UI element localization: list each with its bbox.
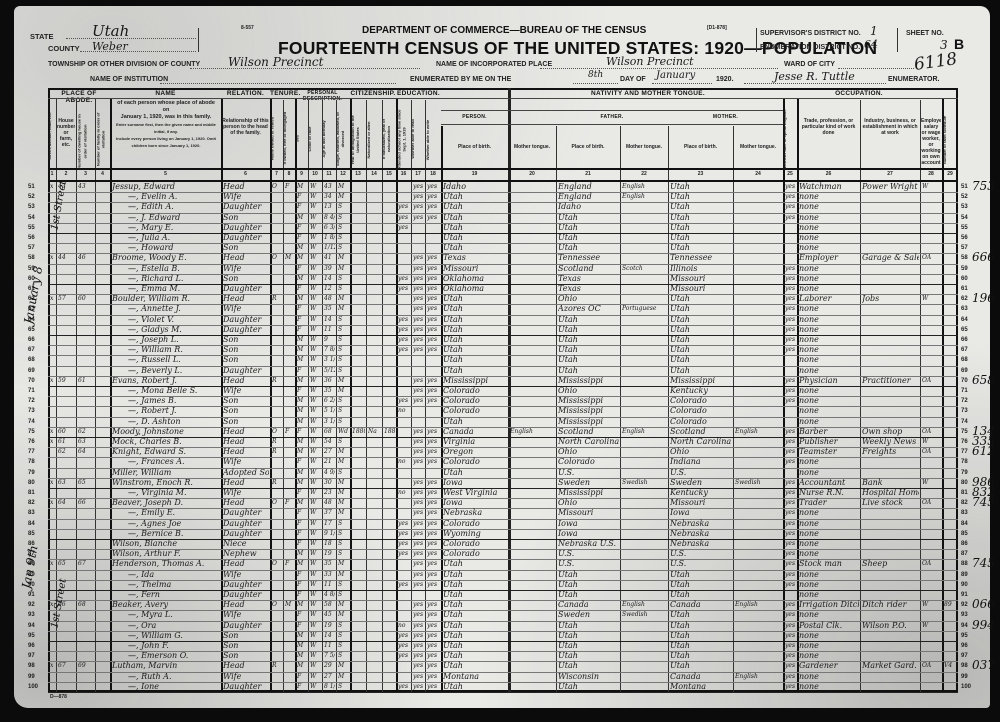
cell-write: yes: [427, 192, 440, 202]
cell-read: yes: [413, 213, 424, 223]
cell-school: yes: [398, 580, 410, 590]
cell-mpob: Canada: [670, 600, 732, 610]
margin-number-note: 994: [972, 618, 995, 632]
cell-name: —, Joseph L.: [128, 335, 220, 345]
cell-write: yes: [427, 376, 440, 386]
cell-pob: Wyoming: [443, 529, 507, 539]
cell-race: W: [310, 406, 321, 416]
cell-name: —, Mary E.: [128, 223, 220, 233]
cell-sex: F: [297, 539, 307, 549]
cell-race: W: [310, 437, 321, 447]
line-number-left: 93: [28, 612, 35, 618]
line-number-right: 65: [961, 327, 968, 333]
cell-name: —, Howard: [128, 243, 220, 253]
cell-mpob: Scotland: [670, 427, 732, 437]
cell-sex: F: [297, 315, 307, 325]
cell-fpob: Idaho: [558, 202, 619, 212]
cell-street: x: [50, 253, 55, 263]
line-number-right: 88: [961, 561, 968, 567]
column-header-11: Age at last birthday: [322, 109, 336, 169]
cell-mort: F: [285, 559, 294, 569]
cell-name: —, James B.: [128, 396, 220, 406]
line-number-right: 73: [961, 408, 968, 414]
township-label: TOWNSHIP OR OTHER DIVISION OF COUNTY: [48, 61, 200, 68]
cell-dwell: 68: [78, 600, 94, 610]
cell-street: x: [50, 661, 55, 671]
cell-emp: W: [922, 621, 941, 631]
cell-rel: Wife: [223, 457, 269, 467]
cell-mpob: Colorado: [670, 417, 732, 427]
cell-school: yes: [398, 529, 410, 539]
cell-age: 27: [324, 447, 335, 457]
cell-school: no: [398, 457, 410, 467]
cell-school: yes: [398, 325, 410, 335]
column-header-2: House number or farm, etc.: [57, 118, 75, 148]
cell-mort: M: [285, 253, 294, 263]
cell-name: —, Mona Belle S.: [128, 386, 220, 396]
cell-eng: yes: [785, 437, 796, 447]
cell-pob: Utah: [443, 345, 507, 355]
cell-read: yes: [413, 335, 424, 345]
cell-eng: yes: [785, 641, 796, 651]
cell-ms: S: [338, 468, 349, 478]
cell-pob: Utah: [443, 570, 507, 580]
cell-own: R: [272, 447, 282, 457]
cell-name: —, D. Ashton: [128, 417, 220, 427]
column-header-24: Mother tongue.: [734, 144, 782, 150]
cell-race: W: [310, 396, 321, 406]
cell-pob: Iowa: [443, 498, 507, 508]
cell-pob: Utah: [443, 559, 507, 569]
cell-pob: Utah: [443, 366, 507, 376]
cell-pob: Utah: [443, 468, 507, 478]
cell-trade: none: [799, 396, 859, 406]
line-number-right: 57: [961, 245, 968, 251]
cell-sex: M: [297, 355, 307, 365]
cell-trade: none: [799, 304, 859, 314]
cell-ftongue: Portuguese: [622, 304, 667, 314]
cell-ms: S: [338, 539, 349, 549]
cell-mpob: Utah: [670, 315, 732, 325]
cell-rel: Son: [223, 417, 269, 427]
cell-ms: M: [338, 294, 349, 304]
line-number-left: 54: [28, 215, 35, 221]
cell-name: —, Evelin A.: [128, 192, 220, 202]
line-number-left: 67: [28, 347, 35, 353]
cell-pob: Colorado: [443, 396, 507, 406]
cell-name: Broome, Woody E.: [112, 253, 220, 263]
line-number-left: 76: [28, 439, 35, 445]
line-number-right: 99: [961, 674, 968, 680]
cell-pob: Utah: [443, 610, 507, 620]
cell-trade: none: [799, 539, 859, 549]
cell-read: yes: [413, 641, 424, 651]
cell-age: 11: [324, 580, 335, 590]
cell-eng: yes: [785, 294, 796, 304]
cell-rel: Son: [223, 345, 269, 355]
cell-own: R: [272, 437, 282, 447]
cell-age: 6 2/12: [324, 396, 335, 406]
cell-sex: F: [297, 621, 307, 631]
line-number-left: 80: [28, 480, 35, 486]
cell-sex: F: [297, 202, 307, 212]
cell-sex: M: [297, 437, 307, 447]
cell-sex: F: [297, 529, 307, 539]
cell-name: Wilson, Arthur F.: [112, 549, 220, 559]
cell-rel: Son: [223, 335, 269, 345]
cell-trade: none: [799, 335, 859, 345]
cell-mpob: Ohio: [670, 447, 732, 457]
cell-street: x: [50, 478, 55, 488]
cell-rel: Daughter: [223, 529, 269, 539]
cell-trade: none: [799, 366, 859, 376]
cell-sex: M: [297, 600, 307, 610]
sheet-label: SHEET NO.: [906, 30, 944, 37]
line-number-right: 60: [961, 276, 968, 282]
cell-rel: Wife: [223, 192, 269, 202]
cell-emp: OA: [922, 498, 941, 508]
cell-race: W: [310, 590, 321, 600]
cell-street: x: [50, 376, 55, 386]
cell-sex: M: [297, 345, 307, 355]
cell-write: yes: [427, 396, 440, 406]
cell-trade: Irrigation Ditch: [799, 600, 859, 610]
column-number-4: 4: [95, 171, 110, 177]
cell-ms: S: [338, 549, 349, 559]
cell-pob: Idaho: [443, 182, 507, 192]
cell-mpob: Utah: [670, 294, 732, 304]
column-divider: [396, 98, 398, 692]
line-number-left: 99: [28, 674, 35, 680]
header-line: [441, 124, 783, 125]
cell-read: yes: [413, 264, 424, 274]
cell-write: yes: [427, 651, 440, 661]
cell-write: yes: [427, 529, 440, 539]
cell-pob: Utah: [443, 213, 507, 223]
cell-race: W: [310, 284, 321, 294]
cell-rel: Son: [223, 243, 269, 253]
column-number-5: 5: [110, 171, 221, 177]
cell-fpob: Mississippi: [558, 376, 619, 386]
line-number-right: 94: [961, 623, 968, 629]
cell-race: W: [310, 672, 321, 682]
cell-dwell: 63: [78, 437, 94, 447]
cell-name: —, Ora: [128, 621, 220, 631]
cell-name: Beaver, Joseph D.: [112, 498, 220, 508]
cell-name: —, Ione: [128, 682, 220, 692]
row-line: [48, 692, 958, 693]
cell-write: yes: [427, 570, 440, 580]
cell-trade: none: [799, 202, 859, 212]
cell-school: no: [398, 621, 410, 631]
line-number-left: 94: [28, 623, 35, 629]
cell-eng: yes: [785, 549, 796, 559]
cell-rel: Wife: [223, 610, 269, 620]
column-header-3: Number of dwelling house in order of vis…: [76, 112, 95, 172]
cell-mpob: Utah: [670, 610, 732, 620]
cell-fpob: Utah: [558, 335, 619, 345]
cell-sex: M: [297, 213, 307, 223]
cell-rel: Daughter: [223, 682, 269, 692]
line-number-left: 69: [28, 368, 35, 374]
cell-fpob: Mississippi: [558, 417, 619, 427]
cell-mtongue: English: [735, 427, 782, 437]
cell-fpob: Utah: [558, 682, 619, 692]
cell-write: yes: [427, 488, 440, 498]
cell-trade: none: [799, 345, 859, 355]
cell-pob: Utah: [443, 590, 507, 600]
cell-race: W: [310, 182, 321, 192]
cell-race: W: [310, 213, 321, 223]
cell-age: 48: [324, 498, 335, 508]
column-divider: [733, 126, 734, 692]
cell-pob: Utah: [443, 661, 507, 671]
line-number-left: 92: [28, 602, 35, 608]
cell-pob: Colorado: [443, 519, 507, 529]
line-number-right: 87: [961, 551, 968, 557]
cell-industry: Own shop: [862, 427, 919, 437]
cell-school: yes: [398, 284, 410, 294]
cell-age: 12: [324, 284, 335, 294]
cell-age: 35: [324, 559, 335, 569]
cell-mpob: Colorado: [670, 396, 732, 406]
cell-write: yes: [427, 447, 440, 457]
cell-trade: none: [799, 417, 859, 427]
cell-name: —, Ida: [128, 570, 220, 580]
header-line: [48, 168, 958, 170]
cell-industry: Jobs: [862, 294, 919, 304]
cell-fpob: Utah: [558, 590, 619, 600]
line-number-right: 80: [961, 480, 968, 486]
cell-pob: Utah: [443, 641, 507, 651]
cell-age: 14: [324, 315, 335, 325]
column-number-12: 12: [336, 171, 350, 177]
cell-rel: Wife: [223, 672, 269, 682]
cell-sex: F: [297, 233, 307, 243]
column-number-28: 28: [920, 171, 942, 177]
supervisor-label: SUPERVISOR'S DISTRICT NO.: [760, 30, 861, 37]
cell-dwell: 46: [78, 253, 94, 263]
cell-ftongue: English: [622, 427, 667, 437]
line-number-right: 91: [961, 592, 968, 598]
cell-race: W: [310, 519, 321, 529]
cell-fpob: Utah: [558, 580, 619, 590]
cell-trade: Watchman: [799, 182, 859, 192]
cell-sex: M: [297, 294, 307, 304]
cell-sex: F: [297, 590, 307, 600]
census-table: PLACE OF ABODE. NAME of each person whos…: [38, 88, 960, 693]
cell-read: yes: [413, 519, 424, 529]
cell-age: 19: [324, 621, 335, 631]
line-number-left: 57: [28, 245, 35, 251]
cell-trade: Laborer: [799, 294, 859, 304]
column-number-27: 27: [860, 171, 920, 177]
cell-school: yes: [398, 396, 410, 406]
line-number-right: 89: [961, 572, 968, 578]
cell-sex: M: [297, 468, 307, 478]
cell-pob: Utah: [443, 651, 507, 661]
cell-race: W: [310, 233, 321, 243]
cell-write: yes: [427, 478, 440, 488]
cell-name: —, Julia A.: [128, 233, 220, 243]
line-number-right: 54: [961, 215, 968, 221]
cell-school: yes: [398, 651, 410, 661]
line-number-left: 52: [28, 194, 35, 200]
cell-trade: none: [799, 386, 859, 396]
cell-read: yes: [413, 529, 424, 539]
line-number-right: 58: [961, 255, 968, 261]
line-number-right: 63: [961, 306, 968, 312]
cell-pob: Iowa: [443, 478, 507, 488]
column-header-1: Street, avenue, road, etc.: [48, 106, 56, 166]
cell-pob: Utah: [443, 294, 507, 304]
cell-sex: M: [297, 243, 307, 253]
cell-mpob: U.S.: [670, 468, 732, 478]
cell-age: 1 8/12: [324, 233, 335, 243]
cell-age: 9: [324, 335, 335, 345]
cell-trade: Stock man: [799, 559, 859, 569]
cell-age: 43: [324, 182, 335, 192]
cell-age: 37: [324, 508, 335, 518]
cell-industry: Hospital Home: [862, 488, 919, 498]
cell-pob: West Virginia: [443, 488, 507, 498]
cell-trade: none: [799, 192, 859, 202]
cell-fpob: Utah: [558, 570, 619, 580]
cell-pob: Canada: [443, 427, 507, 437]
cell-age: 3 1/2: [324, 417, 335, 427]
cell-name: Moody, Johnstone: [112, 427, 220, 437]
cell-rel: Head: [223, 478, 269, 488]
cell-sex: F: [297, 672, 307, 682]
cell-mpob: Montana: [670, 682, 732, 692]
cell-house: 44: [58, 253, 75, 263]
cell-trade: none: [799, 457, 859, 467]
year: 1920.: [716, 76, 734, 83]
cell-pob: Colorado: [443, 406, 507, 416]
cell-age: 54: [324, 437, 335, 447]
cell-pob: Colorado: [443, 539, 507, 549]
cell-trade: Publisher: [799, 437, 859, 447]
cell-age: 23: [324, 488, 335, 498]
cell-fpob: Mississippi: [558, 406, 619, 416]
cell-fpob: Utah: [558, 325, 619, 335]
cell-pob: Utah: [443, 682, 507, 692]
cell-write: yes: [427, 600, 440, 610]
cell-fpob: Utah: [558, 315, 619, 325]
column-header-7: Home owned or rented: [270, 109, 283, 169]
margin-number-note: 658: [972, 373, 995, 387]
cell-eng: yes: [785, 457, 796, 467]
column-header-15: If naturalized, year of naturalization: [382, 109, 396, 169]
cell-rel: Son: [223, 651, 269, 661]
line-number-left: 70: [28, 378, 35, 384]
cell-name: —, Gladys M.: [128, 325, 220, 335]
cell-house: 65: [58, 559, 75, 569]
cell-name: Miller, William: [112, 468, 220, 478]
cell-race: W: [310, 335, 321, 345]
line-number-right: 79: [961, 470, 968, 476]
cell-age: 41: [324, 253, 335, 263]
cell-pob: Utah: [443, 600, 507, 610]
cell-read: yes: [413, 437, 424, 447]
cell-mpob: Iowa: [670, 508, 732, 518]
line-number-right: 61: [961, 286, 968, 292]
cell-rel: Daughter: [223, 233, 269, 243]
cell-mort: F: [285, 182, 294, 192]
cell-write: yes: [427, 386, 440, 396]
cell-sex: M: [297, 396, 307, 406]
column-number-29: 29: [942, 171, 958, 177]
cell-rel: Daughter: [223, 590, 269, 600]
cell-ms: M: [338, 447, 349, 457]
cell-age: 19: [324, 549, 335, 559]
cell-immig: 1880: [352, 427, 365, 437]
cell-pob: Oklahoma: [443, 284, 507, 294]
cell-rel: Daughter: [223, 315, 269, 325]
cell-mpob: Utah: [670, 243, 732, 253]
cell-ms: S: [338, 213, 349, 223]
cell-street: x: [50, 294, 55, 304]
cell-mpob: Utah: [670, 325, 732, 335]
cell-house: 57: [58, 294, 75, 304]
cell-trade: Gardener: [799, 661, 859, 671]
cell-trade: none: [799, 243, 859, 253]
cell-sex: M: [297, 406, 307, 416]
cell-sex: F: [297, 386, 307, 396]
cell-fpob: U.S.: [558, 559, 619, 569]
column-header-13: Year of immigration to the United States: [350, 110, 366, 170]
cell-ms: M: [338, 610, 349, 620]
cell-rel: Nephew: [223, 549, 269, 559]
line-number-left: 65: [28, 327, 35, 333]
cell-sex: F: [297, 284, 307, 294]
cell-fpob: Wisconsin: [558, 672, 619, 682]
cell-sex: F: [297, 519, 307, 529]
cell-name: —, Thelma: [128, 580, 220, 590]
cell-trade: none: [799, 325, 859, 335]
cell-fpob: Colorado: [558, 457, 619, 467]
column-header-20: Mother tongue.: [509, 144, 555, 150]
cell-age: 30: [324, 478, 335, 488]
column-number-25: 25: [783, 171, 797, 177]
cell-trade: none: [799, 651, 859, 661]
cell-read: yes: [413, 498, 424, 508]
day-line: [573, 83, 618, 84]
cell-mpob: Utah: [670, 202, 732, 212]
cell-own: O: [272, 600, 282, 610]
margin-number-note: 066: [972, 597, 995, 611]
cell-sex: F: [297, 325, 307, 335]
cell-eng: yes: [785, 672, 796, 682]
cell-mpob: Nebraska: [670, 529, 732, 539]
cell-race: W: [310, 570, 321, 580]
state-label: STATE: [30, 32, 53, 41]
column-divider: [95, 98, 96, 692]
cell-dwell: 62: [78, 427, 94, 437]
line-number-right: 86: [961, 541, 968, 547]
cell-rel: Head: [223, 447, 269, 457]
cell-read: yes: [413, 202, 424, 212]
cell-pob: Mississippi: [443, 376, 507, 386]
column-divider: [668, 126, 669, 692]
cell-dwell: 66: [78, 498, 94, 508]
margin-number-note: 745: [972, 495, 995, 509]
cell-ms: S: [338, 335, 349, 345]
column-number-26: 26: [797, 171, 860, 177]
cell-race: W: [310, 549, 321, 559]
cell-race: W: [310, 304, 321, 314]
cell-own: O: [272, 182, 282, 192]
